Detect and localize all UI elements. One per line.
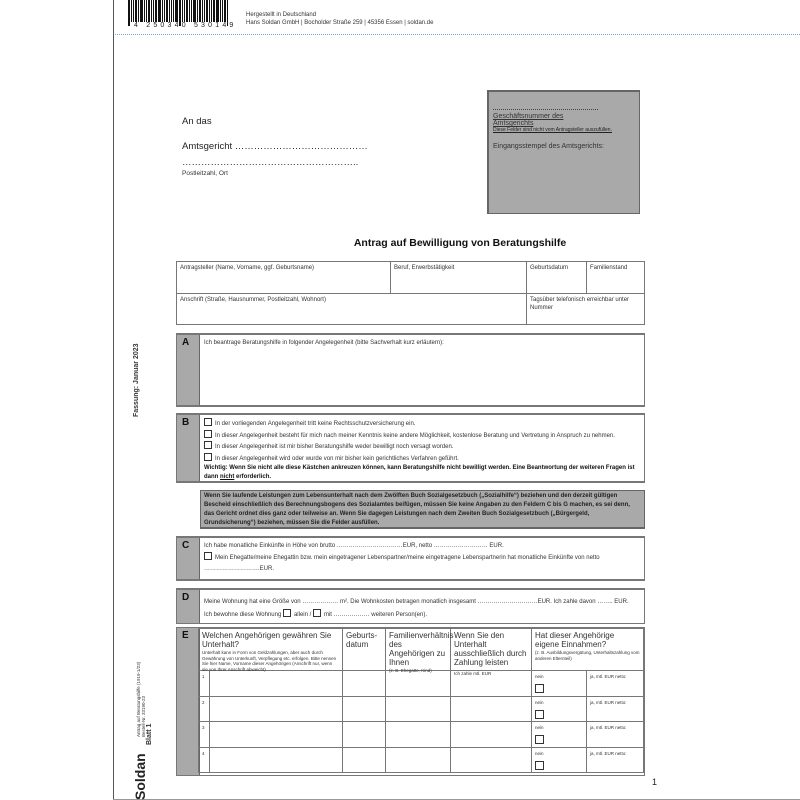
- e-row-no-income[interactable]: nein: [532, 748, 587, 774]
- e-row-name-cell[interactable]: 3: [198, 722, 343, 748]
- d-occupants-prefix: Ich bewohne diese Wohnung: [204, 612, 281, 618]
- occupation-label: Beruf, Erwerbstätigkeit: [394, 265, 454, 271]
- b-important-emphasis: nicht: [220, 474, 234, 480]
- section-c-body: Ich habe monatliche Einkünfte in Höhe vo…: [204, 541, 640, 575]
- applicant-name-label: Antragsteller (Name, Vorname, ggf. Gebur…: [180, 265, 314, 271]
- section-e-sidebar: [177, 628, 200, 775]
- e-row-birthdate[interactable]: [343, 748, 386, 774]
- social-benefits-notice: Wenn Sie laufende Leistungen zum Lebensu…: [200, 490, 645, 529]
- checkbox-no-income[interactable]: [535, 735, 544, 744]
- no-label: nein: [535, 673, 583, 681]
- d-occupants-line: Ich bewohne diese Wohnung allein / mit ……: [204, 609, 640, 622]
- c-spouse-item[interactable]: Mein Ehegatte/meine Ehegattin bzw. mein …: [204, 552, 640, 564]
- checkbox[interactable]: [204, 441, 212, 449]
- section-b-letter: B: [182, 417, 189, 428]
- e-row-no-income[interactable]: nein: [532, 697, 587, 723]
- address-label: Anschrift (Straße, Hausnummer, Postleitz…: [180, 297, 326, 303]
- e-row-number: 2: [202, 700, 205, 705]
- checkbox[interactable]: [204, 418, 212, 426]
- yes-label: ja, mtl. EUR netto:: [590, 673, 640, 681]
- phone-field[interactable]: Tagsüber telefonisch erreichbar unter Nu…: [527, 294, 644, 324]
- sheet-label: Blatt 1: [146, 724, 153, 745]
- manufacturer-line-2: Hans Soldan GmbH | Bocholder Straße 259 …: [246, 19, 433, 27]
- address-to: An das: [182, 116, 212, 127]
- e-row-relationship[interactable]: [386, 697, 451, 723]
- occupation-field[interactable]: Beruf, Erwerbstätigkeit: [391, 262, 527, 294]
- c-spouse-label: Mein Ehegatte/meine Ehegattin bzw. mein …: [215, 555, 600, 561]
- section-a-text[interactable]: Ich beantrage Beratungshilfe in folgende…: [204, 338, 640, 348]
- e-row-number: 3: [202, 725, 205, 730]
- receipt-stamp-label: Eingangsstempel des Amtsgerichts:: [493, 143, 604, 150]
- dependents-table: Welchen Angehörigen gewähren Sie Unterha…: [198, 628, 644, 774]
- e-row-birthdate[interactable]: [343, 697, 386, 723]
- yes-label: ja, mtl. EUR netto:: [590, 724, 640, 732]
- case-number-label: Geschäftsnummer des Amtsgerichts: [493, 109, 598, 127]
- yes-label: ja, mtl. EUR netto:: [590, 750, 640, 758]
- e-row-number: 4: [202, 751, 205, 756]
- section-a: A Ich beantrage Beratungshilfe in folgen…: [176, 333, 645, 407]
- e-row-yes-income[interactable]: ja, mtl. EUR netto:: [587, 671, 644, 697]
- e-row-birthdate[interactable]: [343, 722, 386, 748]
- b-check-label: In dieser Angelegenheit besteht für mich…: [215, 433, 615, 439]
- section-d-body: Meine Wohnung hat eine Größe von ……………… …: [204, 596, 640, 622]
- form-title: Antrag auf Bewilligung von Beratungshilf…: [0, 237, 800, 249]
- e-row-payment[interactable]: [451, 748, 532, 774]
- e-row-birthdate[interactable]: [343, 671, 386, 697]
- manufacturer-line-1: Hergestellt in Deutschland: [246, 11, 433, 19]
- b-check-item[interactable]: In dieser Angelegenheit ist mir bisher B…: [204, 441, 640, 453]
- b-important-suffix: erforderlich.: [234, 474, 271, 480]
- birthdate-label: Geburtsdatum: [530, 265, 568, 271]
- d-alone-label: allein /: [294, 612, 311, 618]
- barcode-digits: 4 250340 530149: [134, 22, 237, 29]
- e-header-payment: Wenn Sie den Unterhalt ausschließlich du…: [451, 628, 532, 671]
- b-check-item[interactable]: In dieser Angelegenheit besteht für mich…: [204, 430, 640, 442]
- manufacturer-info: Hergestellt in Deutschland Hans Soldan G…: [246, 11, 433, 27]
- section-d: D Meine Wohnung hat eine Größe von ………………: [176, 588, 645, 624]
- marital-status-label: Familienstand: [590, 265, 627, 271]
- checkbox-no-income[interactable]: [535, 761, 544, 770]
- no-label: nein: [535, 724, 583, 732]
- e-header-relationship-title: Familienverhältnis des Angehörigen zu Ih…: [389, 631, 453, 667]
- e-header-payment-title: Wenn Sie den Unterhalt ausschließlich du…: [454, 631, 526, 667]
- applicant-grid: Antragsteller (Name, Vorname, ggf. Gebur…: [176, 261, 645, 325]
- e-row-name-cell[interactable]: 4: [198, 748, 343, 774]
- e-header-own-income: Hat dieser Angehörige eigene Einnahmen? …: [532, 628, 644, 671]
- page-number: 1: [652, 777, 657, 787]
- e-header-own-income-title: Hat dieser Angehörige eigene Einnahmen?: [535, 631, 614, 649]
- d-housing-line[interactable]: Meine Wohnung hat eine Größe von ……………… …: [204, 596, 640, 609]
- e-row-no-income[interactable]: nein: [532, 671, 587, 697]
- yes-label: ja, mtl. EUR netto:: [590, 699, 640, 707]
- e-row-payment[interactable]: [451, 671, 532, 697]
- e-header-own-income-note: (z. B. Ausbildungsvergütung, Unterhaltsz…: [535, 650, 640, 661]
- checkbox-no-income[interactable]: [535, 684, 544, 693]
- e-row-name-cell[interactable]: 1: [198, 671, 343, 697]
- applicant-name-field[interactable]: Antragsteller (Name, Vorname, ggf. Gebur…: [177, 262, 391, 294]
- section-d-letter: D: [182, 592, 189, 603]
- c-income-line[interactable]: Ich habe monatliche Einkünfte in Höhe vo…: [204, 541, 640, 552]
- e-row-name-cell[interactable]: 2: [198, 697, 343, 723]
- b-check-label: In der vorliegenden Angelegenheit tritt …: [215, 421, 415, 427]
- phone-label: Tagsüber telefonisch erreichbar unter Nu…: [530, 297, 629, 311]
- perforation-line: [115, 34, 800, 35]
- b-check-item[interactable]: In der vorliegenden Angelegenheit tritt …: [204, 418, 640, 430]
- address-court-field[interactable]: Amtsgericht ……………………………………: [182, 141, 368, 152]
- section-e-letter: E: [182, 630, 189, 641]
- checkbox[interactable]: [204, 430, 212, 438]
- e-row-payment[interactable]: [451, 722, 532, 748]
- e-header-dependents-note: Unterhalt kann in Form von Geldzahlungen…: [202, 650, 339, 672]
- article-number: Antrag auf Beratungshilfe (1919-1/23) Be…: [136, 662, 146, 737]
- checkbox[interactable]: [204, 552, 212, 560]
- b-check-item[interactable]: In dieser Angelegenheit wird oder wurde …: [204, 453, 640, 465]
- section-b-body: In der vorliegenden Angelegenheit tritt …: [204, 418, 640, 482]
- section-c-letter: C: [182, 540, 189, 551]
- e-row-relationship[interactable]: [386, 722, 451, 748]
- address-field[interactable]: Anschrift (Straße, Hausnummer, Postleitz…: [177, 294, 527, 324]
- court-only-note: Diese Felder sind nicht vom Antragstelle…: [493, 127, 612, 133]
- e-row-yes-income[interactable]: ja, mtl. EUR netto:: [587, 748, 644, 774]
- e-row-yes-income[interactable]: ja, mtl. EUR netto:: [587, 697, 644, 723]
- d-occupants-suffix[interactable]: ……………… weiteren Person(en).: [334, 612, 427, 618]
- section-b: B In der vorliegenden Angelegenheit trit…: [176, 413, 645, 483]
- e-row-number: 1: [202, 674, 205, 679]
- e-row-yes-income[interactable]: ja, mtl. EUR netto:: [587, 722, 644, 748]
- page-left-edge: [113, 0, 114, 800]
- e-header-dependents: Welchen Angehörigen gewähren Sie Unterha…: [198, 628, 343, 671]
- b-check-label: In dieser Angelegenheit wird oder wurde …: [215, 456, 459, 462]
- checkbox-with[interactable]: [313, 609, 321, 617]
- b-important-note: Wichtig: Wenn Sie nicht alle diese Kästc…: [204, 464, 640, 482]
- e-row-payment[interactable]: [451, 697, 532, 723]
- address-city-label: Postleitzahl, Ort: [182, 170, 228, 177]
- e-header-relationship: Familienverhältnis des Angehörigen zu Ih…: [386, 628, 451, 671]
- d-with-label: mit: [324, 612, 332, 618]
- e-row-relationship[interactable]: [386, 671, 451, 697]
- birthdate-field[interactable]: Geburtsdatum: [527, 262, 587, 294]
- marital-status-field[interactable]: Familienstand: [587, 262, 644, 294]
- no-label: nein: [535, 750, 583, 758]
- e-header-dependents-title: Welchen Angehörigen gewähren Sie Unterha…: [202, 631, 331, 649]
- e-row-relationship[interactable]: [386, 748, 451, 774]
- soldan-logo: Soldan: [132, 753, 148, 800]
- version-label: Fassung: Januar 2023: [133, 343, 140, 417]
- address-city-field[interactable]: ………………………………………………..: [182, 157, 358, 168]
- b-check-label: In dieser Angelegenheit ist mir bisher B…: [215, 444, 453, 450]
- checkbox-no-income[interactable]: [535, 710, 544, 719]
- section-a-letter: A: [182, 337, 189, 348]
- checkbox[interactable]: [204, 453, 212, 461]
- court-use-box: Geschäftsnummer des Amtsgerichts Diese F…: [487, 90, 640, 214]
- e-header-birthdate: Geburts-datum: [343, 628, 386, 671]
- section-c: C Ich habe monatliche Einkünfte in Höhe …: [176, 536, 645, 581]
- checkbox-alone[interactable]: [283, 609, 291, 617]
- c-spouse-amount[interactable]: ……………………….EUR.: [204, 564, 640, 575]
- no-label: nein: [535, 699, 583, 707]
- e-row-no-income[interactable]: nein: [532, 722, 587, 748]
